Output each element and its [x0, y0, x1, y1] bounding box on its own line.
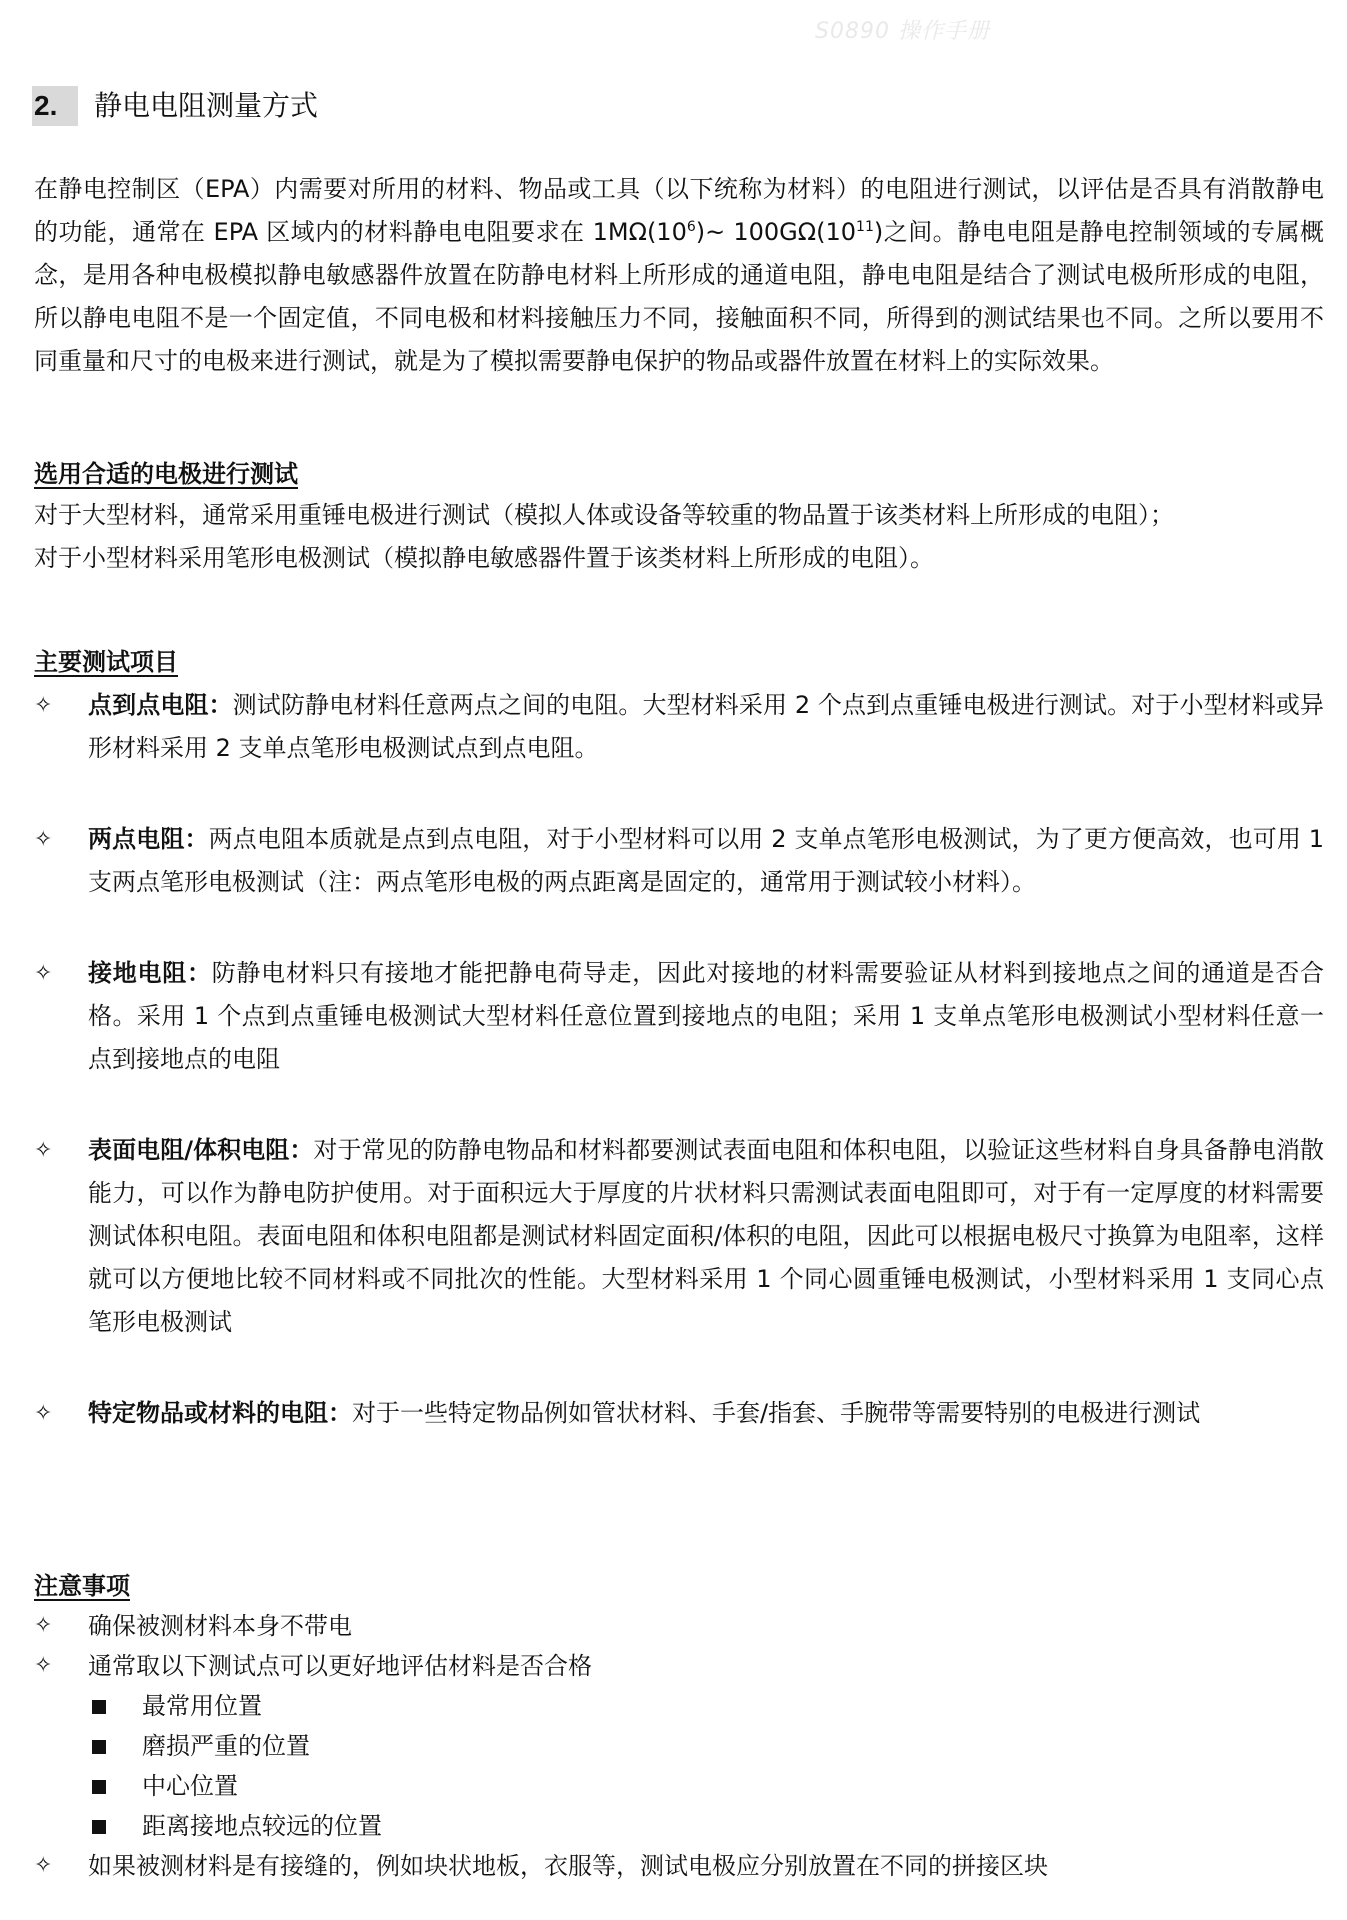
note-item: ✧ 通常取以下测试点可以更好地评估材料是否合格: [34, 1646, 1324, 1686]
test-items-heading: 主要测试项目: [34, 642, 1324, 682]
intro-block: 在静电控制区（EPA）内需要对所用的材料、物品或工具（以下统称为材料）的电阻进行…: [34, 168, 1324, 383]
diamond-bullet-icon: ✧: [34, 818, 88, 861]
intro-paragraph: 在静电控制区（EPA）内需要对所用的材料、物品或工具（以下统称为材料）的电阻进行…: [34, 168, 1324, 383]
section-title: 静电电阻测量方式: [94, 86, 318, 126]
notes-section: 注意事项 ✧ 确保被测材料本身不带电 ✧ 通常取以下测试点可以更好地评估材料是否…: [34, 1566, 1324, 1886]
note-item: ✧ 如果被测材料是有接缝的，例如块状地板，衣服等，测试电极应分别放置在不同的拼接…: [34, 1846, 1324, 1886]
test-item-specific: ✧ 特定物品或材料的电阻：对于一些特定物品例如管状材料、手套/指套、手腕带等需要…: [34, 1392, 1324, 1435]
diamond-bullet-icon: ✧: [34, 1606, 88, 1646]
electrode-line-2: 对于小型材料采用笔形电极测试（模拟静电敏感器件置于该类材料上所形成的电阻）。: [34, 537, 1324, 580]
sub-item-text: 中心位置: [142, 1766, 238, 1806]
section-number: 2.: [32, 86, 78, 126]
section-title-row: 2. 静电电阻测量方式: [32, 86, 318, 126]
test-item-ground: ✧ 接地电阻：防静电材料只有接地才能把静电荷导走，因此对接地的材料需要验证从材料…: [34, 952, 1324, 1081]
note-text: 确保被测材料本身不带电: [88, 1606, 1324, 1646]
square-bullet-icon: [88, 1766, 142, 1806]
note-text: 通常取以下测试点可以更好地评估材料是否合格: [88, 1646, 1324, 1686]
exponent-11: 11: [856, 219, 874, 235]
square-bullet-icon: [88, 1806, 142, 1846]
diamond-bullet-icon: ✧: [34, 1646, 88, 1686]
item-label: 两点电阻：: [88, 825, 209, 853]
note-sub-item: 磨损严重的位置: [88, 1726, 1324, 1766]
sub-item-text: 磨损严重的位置: [142, 1726, 310, 1766]
electrode-heading: 选用合适的电极进行测试: [34, 454, 1324, 494]
exponent-6: 6: [687, 219, 696, 235]
test-item-surface-volume: ✧ 表面电阻/体积电阻：对于常见的防静电物品和材料都要测试表面电阻和体积电阻，以…: [34, 1129, 1324, 1344]
electrode-section: 选用合适的电极进行测试 对于大型材料，通常采用重锤电极进行测试（模拟人体或设备等…: [34, 454, 1324, 580]
item-label: 接地电阻：: [88, 959, 212, 987]
note-sub-item: 距离接地点较远的位置: [88, 1806, 1324, 1846]
item-label: 特定物品或材料的电阻：: [88, 1399, 352, 1427]
diamond-bullet-icon: ✧: [34, 1129, 88, 1172]
item-label: 点到点电阻：: [88, 691, 233, 719]
header-watermark: S0890 操作手册: [815, 14, 990, 45]
item-text: 测试防静电材料任意两点之间的电阻。大型材料采用 2 个点到点重锤电极进行测试。对…: [88, 691, 1324, 762]
note-sub-item: 中心位置: [88, 1766, 1324, 1806]
item-text: 防静电材料只有接地才能把静电荷导走，因此对接地的材料需要验证从材料到接地点之间的…: [88, 959, 1324, 1073]
sub-item-text: 距离接地点较远的位置: [142, 1806, 382, 1846]
item-label: 表面电阻/体积电阻：: [88, 1136, 313, 1164]
diamond-bullet-icon: ✧: [34, 1392, 88, 1435]
intro-text-2: )~ 100GΩ(10: [696, 218, 856, 246]
item-text: 两点电阻本质就是点到点电阻，对于小型材料可以用 2 支单点笔形电极测试，为了更方…: [88, 825, 1324, 896]
diamond-bullet-icon: ✧: [34, 1846, 88, 1886]
note-item: ✧ 确保被测材料本身不带电: [34, 1606, 1324, 1646]
item-text: 对于一些特定物品例如管状材料、手套/指套、手腕带等需要特别的电极进行测试: [352, 1399, 1200, 1427]
item-text: 对于常见的防静电物品和材料都要测试表面电阻和体积电阻，以验证这些材料自身具备静电…: [88, 1136, 1324, 1336]
electrode-line-1: 对于大型材料，通常采用重锤电极进行测试（模拟人体或设备等较重的物品置于该类材料上…: [34, 494, 1324, 537]
square-bullet-icon: [88, 1726, 142, 1766]
notes-heading: 注意事项: [34, 1566, 1324, 1606]
test-items-section: 主要测试项目 ✧ 点到点电阻：测试防静电材料任意两点之间的电阻。大型材料采用 2…: [34, 642, 1324, 1435]
diamond-bullet-icon: ✧: [34, 952, 88, 995]
note-text: 如果被测材料是有接缝的，例如块状地板，衣服等，测试电极应分别放置在不同的拼接区块: [88, 1846, 1324, 1886]
note-sub-item: 最常用位置: [88, 1686, 1324, 1726]
test-item-two-point: ✧ 两点电阻：两点电阻本质就是点到点电阻，对于小型材料可以用 2 支单点笔形电极…: [34, 818, 1324, 904]
square-bullet-icon: [88, 1686, 142, 1726]
sub-item-text: 最常用位置: [142, 1686, 262, 1726]
test-item-point-to-point: ✧ 点到点电阻：测试防静电材料任意两点之间的电阻。大型材料采用 2 个点到点重锤…: [34, 684, 1324, 770]
diamond-bullet-icon: ✧: [34, 684, 88, 727]
